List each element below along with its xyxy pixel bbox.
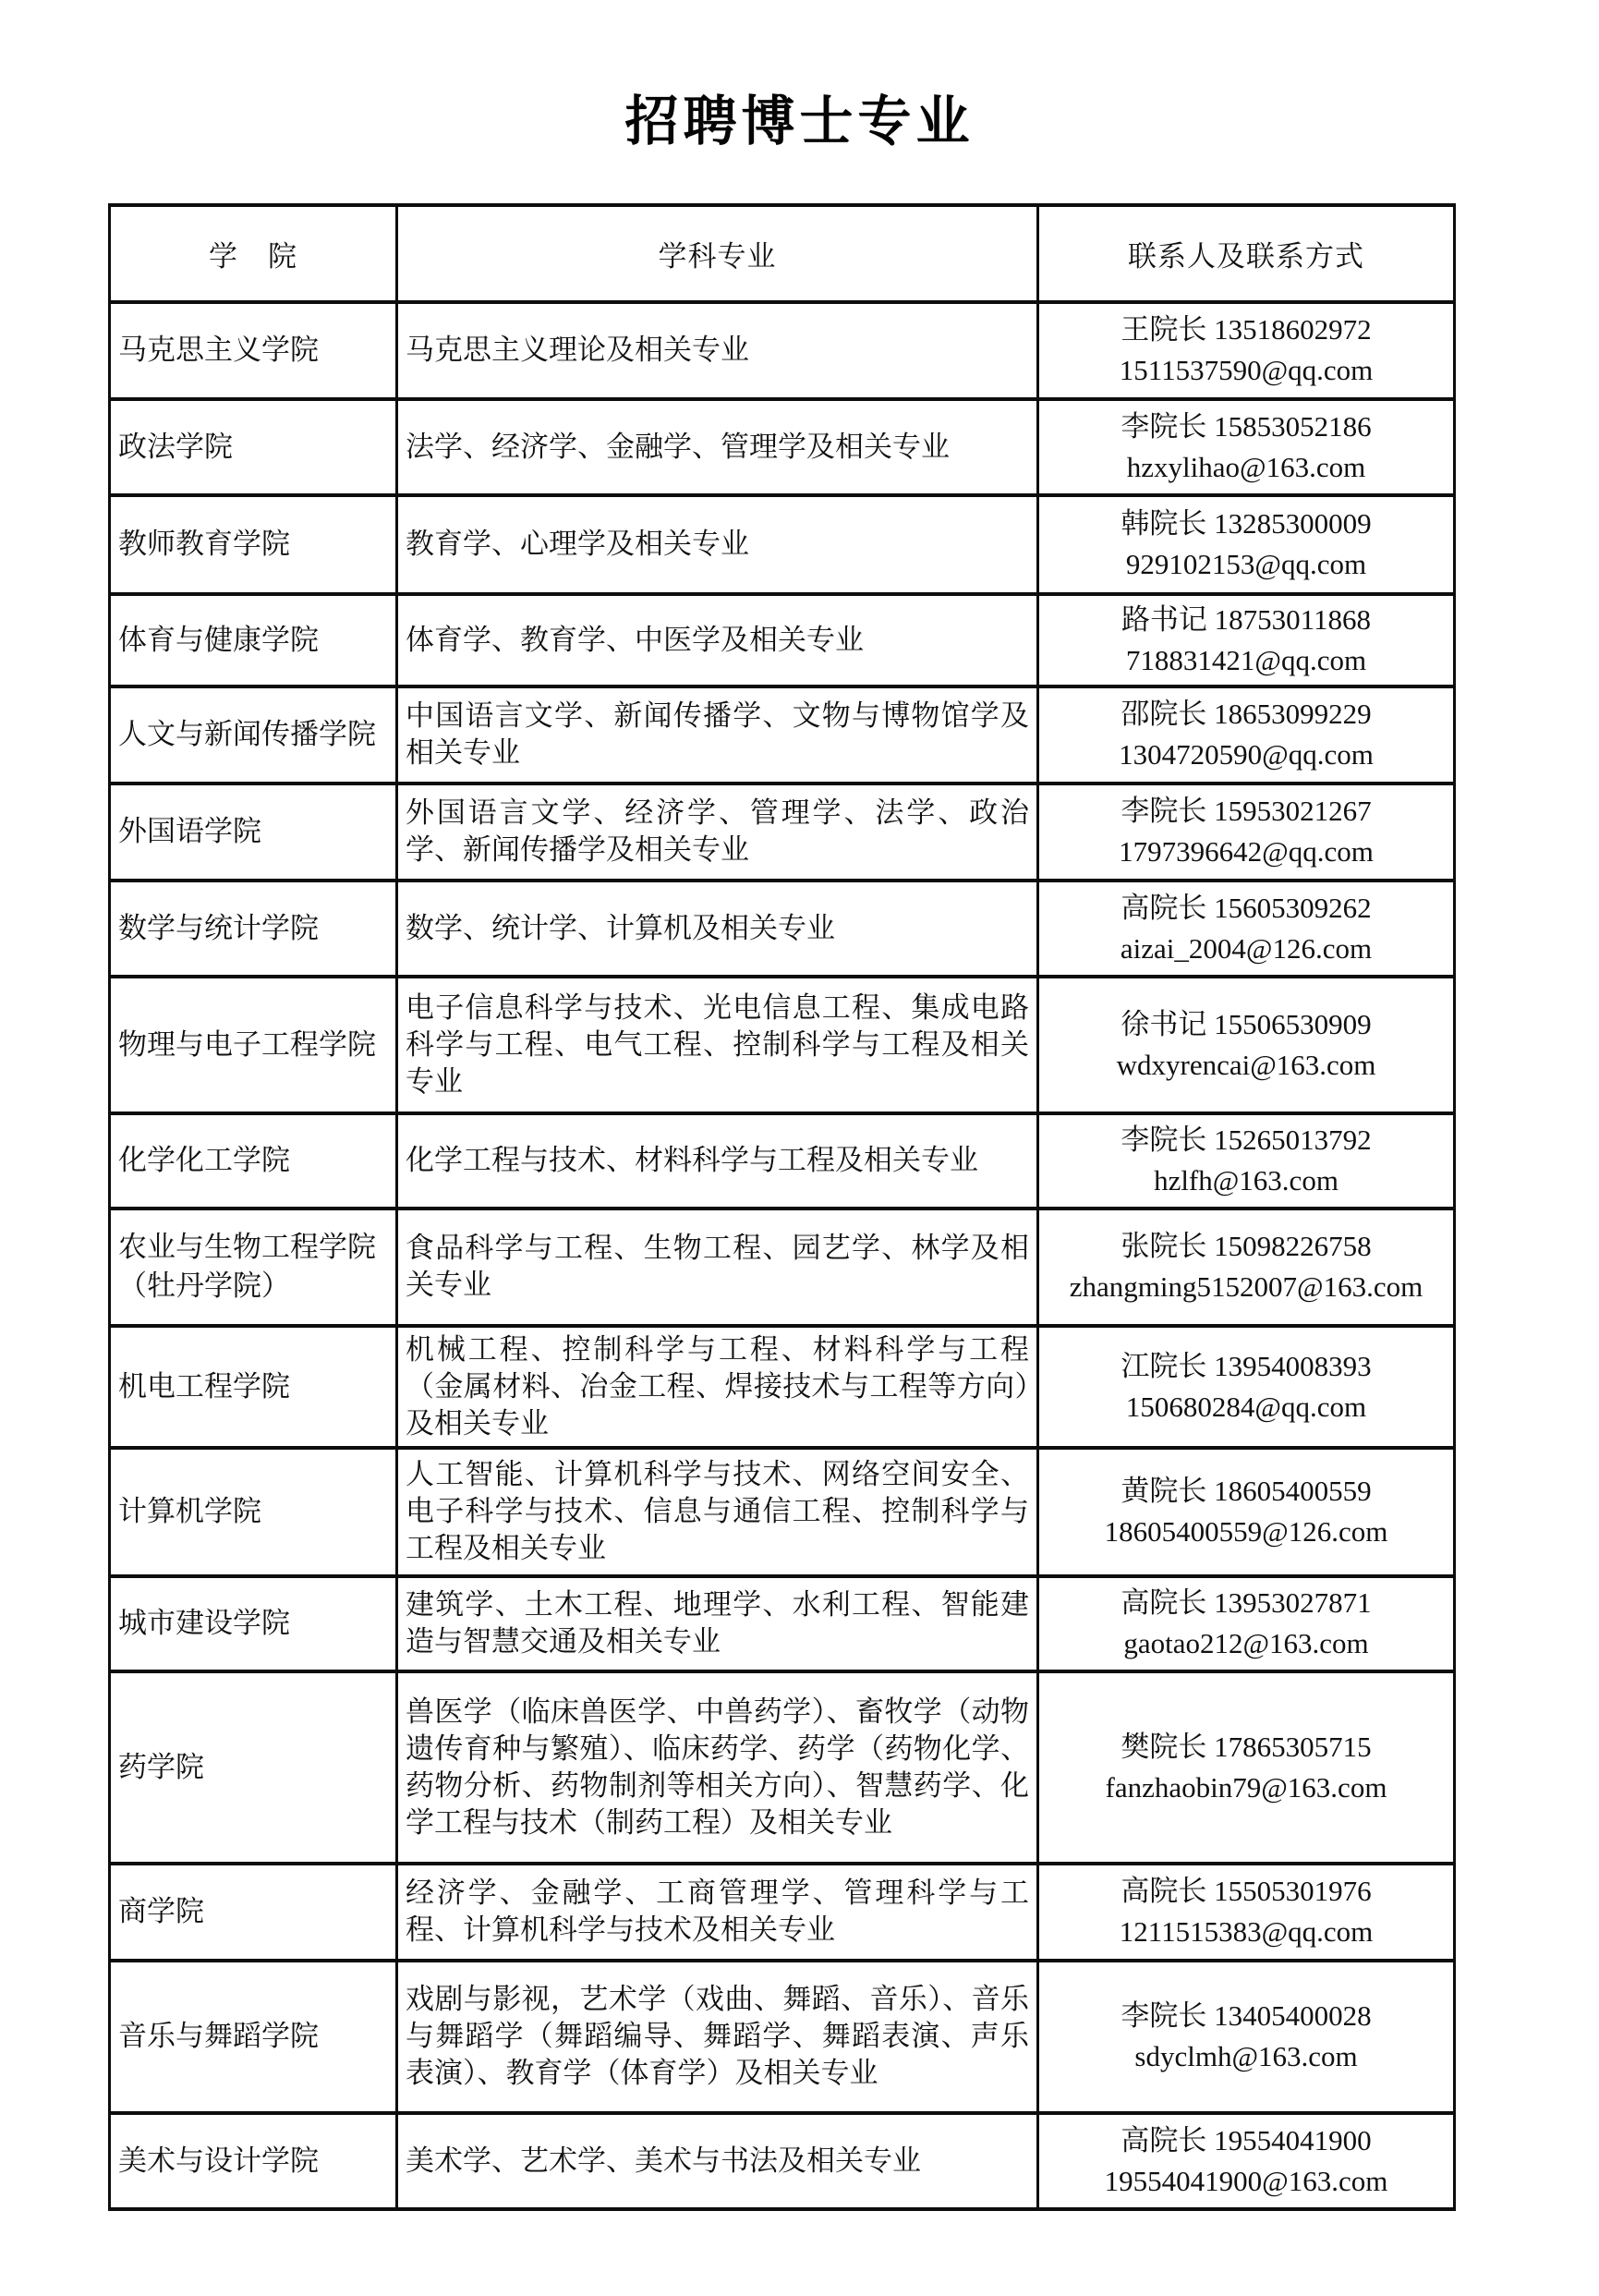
contact-cell: 李院长 15265013792hzlfh@163.com — [1038, 1113, 1455, 1209]
contact-person-phone: 高院长 15505301976 — [1047, 1871, 1446, 1912]
majors-cell: 电子信息科学与技术、光电信息工程、集成电路科学与工程、电气工程、控制科学与工程及… — [397, 977, 1038, 1113]
majors-cell: 戏剧与影视，艺术学（戏曲、舞蹈、音乐）、音乐与舞蹈学（舞蹈编导、舞蹈学、舞蹈表演… — [397, 1961, 1038, 2113]
majors-cell: 人工智能、计算机科学与技术、网络空间安全、电子科学与技术、信息与通信工程、控制科… — [397, 1448, 1038, 1576]
majors-cell: 中国语言文学、新闻传播学、文物与博物馆学及相关专业 — [397, 686, 1038, 784]
contact-email: 1211515383@qq.com — [1047, 1912, 1446, 1952]
contact-email: fanzhaobin79@163.com — [1047, 1768, 1446, 1808]
contact-cell: 高院长 155053019761211515383@qq.com — [1038, 1864, 1455, 1961]
majors-cell: 马克思主义理论及相关专业 — [397, 302, 1038, 399]
contact-email: hzxylihao@163.com — [1047, 447, 1446, 488]
table-body: 马克思主义学院马克思主义理论及相关专业王院长 13518602972151153… — [110, 302, 1455, 2209]
contact-cell: 高院长 13953027871gaotao212@163.com — [1038, 1576, 1455, 1671]
table-row: 政法学院法学、经济学、金融学、管理学及相关专业李院长 15853052186hz… — [110, 399, 1455, 495]
table-row: 农业与生物工程学院（牡丹学院）食品科学与工程、生物工程、园艺学、林学及相关专业张… — [110, 1209, 1455, 1326]
contact-email: 19554041900@163.com — [1047, 2161, 1446, 2202]
column-header-majors: 学科专业 — [397, 205, 1038, 302]
table-row: 物理与电子工程学院电子信息科学与技术、光电信息工程、集成电路科学与工程、电气工程… — [110, 977, 1455, 1113]
contact-person-phone: 王院长 13518602972 — [1047, 310, 1446, 350]
contact-cell: 李院长 13405400028sdyclmh@163.com — [1038, 1961, 1455, 2113]
contact-person-phone: 邵院长 18653099229 — [1047, 694, 1446, 735]
contact-cell: 徐书记 15506530909wdxyrencai@163.com — [1038, 977, 1455, 1113]
majors-cell: 食品科学与工程、生物工程、园艺学、林学及相关专业 — [397, 1209, 1038, 1326]
contact-cell: 张院长 15098226758zhangming5152007@163.com — [1038, 1209, 1455, 1326]
contact-person-phone: 高院长 19554041900 — [1047, 2120, 1446, 2161]
contact-person-phone: 徐书记 15506530909 — [1047, 1004, 1446, 1045]
table-row: 计算机学院人工智能、计算机科学与技术、网络空间安全、电子科学与技术、信息与通信工… — [110, 1448, 1455, 1576]
contact-person-phone: 李院长 15853052186 — [1047, 407, 1446, 447]
column-header-contact: 联系人及联系方式 — [1038, 205, 1455, 302]
college-cell: 政法学院 — [110, 399, 397, 495]
college-cell: 教师教育学院 — [110, 495, 397, 594]
contact-cell: 韩院长 13285300009929102153@qq.com — [1038, 495, 1455, 594]
college-cell: 数学与统计学院 — [110, 881, 397, 977]
majors-cell: 数学、统计学、计算机及相关专业 — [397, 881, 1038, 977]
contact-person-phone: 李院长 15265013792 — [1047, 1120, 1446, 1160]
majors-cell: 兽医学（临床兽医学、中兽药学）、畜牧学（动物遗传育种与繁殖）、临床药学、药学（药… — [397, 1671, 1038, 1864]
college-cell: 商学院 — [110, 1864, 397, 1961]
table-row: 音乐与舞蹈学院戏剧与影视，艺术学（戏曲、舞蹈、音乐）、音乐与舞蹈学（舞蹈编导、舞… — [110, 1961, 1455, 2113]
contact-cell: 江院长 13954008393150680284@qq.com — [1038, 1326, 1455, 1448]
college-cell: 机电工程学院 — [110, 1326, 397, 1448]
contact-cell: 李院长 159530212671797396642@qq.com — [1038, 784, 1455, 881]
contact-person-phone: 高院长 15605309262 — [1047, 888, 1446, 929]
contact-email: 1797396642@qq.com — [1047, 832, 1446, 872]
contact-person-phone: 黄院长 18605400559 — [1047, 1471, 1446, 1512]
document-page: 招聘博士专业 学 院 学科专业 联系人及联系方式 马克思主义学院马克思主义理论及… — [0, 0, 1599, 2296]
page-title: 招聘博士专业 — [0, 0, 1599, 152]
contact-person-phone: 李院长 13405400028 — [1047, 1996, 1446, 2036]
table-header: 学 院 学科专业 联系人及联系方式 — [110, 205, 1455, 302]
contact-email: 718831421@qq.com — [1047, 640, 1446, 681]
college-cell: 体育与健康学院 — [110, 594, 397, 686]
contact-email: 18605400559@126.com — [1047, 1512, 1446, 1552]
majors-cell: 机械工程、控制科学与工程、材料科学与工程（金属材料、冶金工程、焊接技术与工程等方… — [397, 1326, 1038, 1448]
table-row: 数学与统计学院数学、统计学、计算机及相关专业高院长 15605309262aiz… — [110, 881, 1455, 977]
table-row: 商学院经济学、金融学、工商管理学、管理科学与工程、计算机科学与技术及相关专业高院… — [110, 1864, 1455, 1961]
college-cell: 马克思主义学院 — [110, 302, 397, 399]
contact-email: sdyclmh@163.com — [1047, 2036, 1446, 2077]
majors-cell: 建筑学、土木工程、地理学、水利工程、智能建造与智慧交通及相关专业 — [397, 1576, 1038, 1671]
college-cell: 化学化工学院 — [110, 1113, 397, 1209]
contact-person-phone: 樊院长 17865305715 — [1047, 1727, 1446, 1768]
contact-email: hzlfh@163.com — [1047, 1160, 1446, 1201]
contact-person-phone: 高院长 13953027871 — [1047, 1583, 1446, 1623]
college-cell: 美术与设计学院 — [110, 2113, 397, 2209]
contact-email: 929102153@qq.com — [1047, 544, 1446, 585]
contact-cell: 高院长 1955404190019554041900@163.com — [1038, 2113, 1455, 2209]
table-row: 外国语学院外国语言文学、经济学、管理学、法学、政治学、新闻传播学及相关专业李院长… — [110, 784, 1455, 881]
recruitment-table: 学 院 学科专业 联系人及联系方式 马克思主义学院马克思主义理论及相关专业王院长… — [108, 203, 1456, 2211]
contact-cell: 路书记 18753011868718831421@qq.com — [1038, 594, 1455, 686]
contact-person-phone: 韩院长 13285300009 — [1047, 504, 1446, 544]
college-cell: 农业与生物工程学院（牡丹学院） — [110, 1209, 397, 1326]
contact-person-phone: 路书记 18753011868 — [1047, 600, 1446, 640]
table-row: 化学化工学院化学工程与技术、材料科学与工程及相关专业李院长 1526501379… — [110, 1113, 1455, 1209]
contact-email: 1304720590@qq.com — [1047, 735, 1446, 775]
table-row: 药学院兽医学（临床兽医学、中兽药学）、畜牧学（动物遗传育种与繁殖）、临床药学、药… — [110, 1671, 1455, 1864]
contact-email: 150680284@qq.com — [1047, 1387, 1446, 1427]
contact-email: gaotao212@163.com — [1047, 1623, 1446, 1664]
table-row: 体育与健康学院体育学、教育学、中医学及相关专业路书记 1875301186871… — [110, 594, 1455, 686]
contact-cell: 高院长 15605309262aizai_2004@126.com — [1038, 881, 1455, 977]
table-row: 人文与新闻传播学院中国语言文学、新闻传播学、文物与博物馆学及相关专业邵院长 18… — [110, 686, 1455, 784]
table-row: 机电工程学院机械工程、控制科学与工程、材料科学与工程（金属材料、冶金工程、焊接技… — [110, 1326, 1455, 1448]
college-cell: 音乐与舞蹈学院 — [110, 1961, 397, 2113]
majors-cell: 法学、经济学、金融学、管理学及相关专业 — [397, 399, 1038, 495]
majors-cell: 外国语言文学、经济学、管理学、法学、政治学、新闻传播学及相关专业 — [397, 784, 1038, 881]
contact-email: wdxyrencai@163.com — [1047, 1045, 1446, 1086]
table-row: 城市建设学院建筑学、土木工程、地理学、水利工程、智能建造与智慧交通及相关专业高院… — [110, 1576, 1455, 1671]
column-header-college: 学 院 — [110, 205, 397, 302]
contact-person-phone: 江院长 13954008393 — [1047, 1346, 1446, 1387]
contact-person-phone: 张院长 15098226758 — [1047, 1226, 1446, 1267]
table-row: 美术与设计学院美术学、艺术学、美术与书法及相关专业高院长 19554041900… — [110, 2113, 1455, 2209]
contact-cell: 王院长 135186029721511537590@qq.com — [1038, 302, 1455, 399]
contact-email: zhangming5152007@163.com — [1047, 1267, 1446, 1307]
contact-email: 1511537590@qq.com — [1047, 350, 1446, 391]
table-row: 马克思主义学院马克思主义理论及相关专业王院长 13518602972151153… — [110, 302, 1455, 399]
majors-cell: 美术学、艺术学、美术与书法及相关专业 — [397, 2113, 1038, 2209]
header-row: 学 院 学科专业 联系人及联系方式 — [110, 205, 1455, 302]
college-cell: 城市建设学院 — [110, 1576, 397, 1671]
majors-cell: 教育学、心理学及相关专业 — [397, 495, 1038, 594]
contact-email: aizai_2004@126.com — [1047, 929, 1446, 969]
college-cell: 物理与电子工程学院 — [110, 977, 397, 1113]
contact-cell: 邵院长 186530992291304720590@qq.com — [1038, 686, 1455, 784]
college-cell: 药学院 — [110, 1671, 397, 1864]
college-cell: 人文与新闻传播学院 — [110, 686, 397, 784]
contact-cell: 樊院长 17865305715fanzhaobin79@163.com — [1038, 1671, 1455, 1864]
contact-person-phone: 李院长 15953021267 — [1047, 791, 1446, 832]
majors-cell: 化学工程与技术、材料科学与工程及相关专业 — [397, 1113, 1038, 1209]
contact-cell: 李院长 15853052186hzxylihao@163.com — [1038, 399, 1455, 495]
college-cell: 计算机学院 — [110, 1448, 397, 1576]
majors-cell: 体育学、教育学、中医学及相关专业 — [397, 594, 1038, 686]
contact-cell: 黄院长 1860540055918605400559@126.com — [1038, 1448, 1455, 1576]
college-cell: 外国语学院 — [110, 784, 397, 881]
table-row: 教师教育学院教育学、心理学及相关专业韩院长 132853000099291021… — [110, 495, 1455, 594]
majors-cell: 经济学、金融学、工商管理学、管理科学与工程、计算机科学与技术及相关专业 — [397, 1864, 1038, 1961]
